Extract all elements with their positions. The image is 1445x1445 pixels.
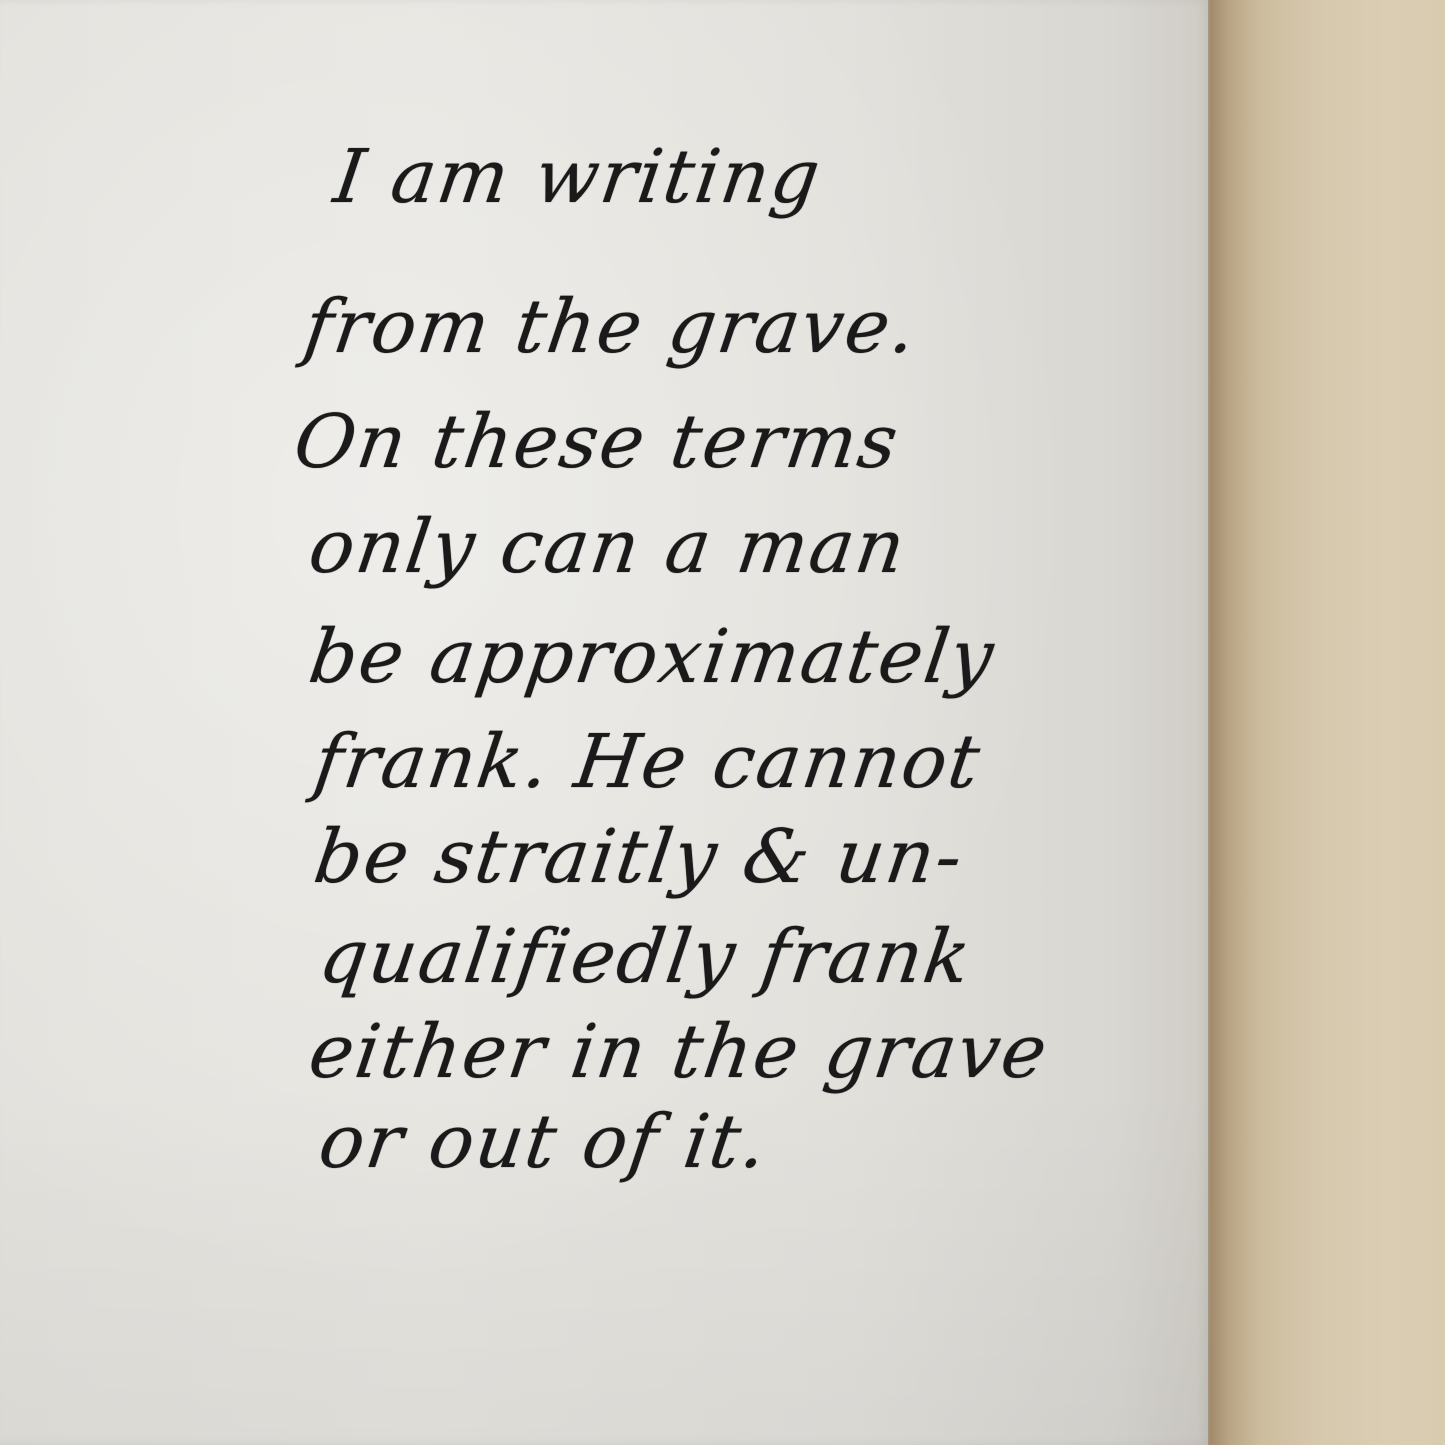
handwriting-line-9: either in the grave bbox=[305, 1015, 1053, 1089]
handwriting-line-3: On these terms bbox=[290, 405, 904, 479]
handwritten-note: I am writing from the grave. On these te… bbox=[290, 130, 1090, 1240]
handwriting-line-8: qualifiedly frank bbox=[315, 920, 976, 994]
handwriting-line-6: frank. He cannot bbox=[310, 725, 986, 799]
handwriting-line-2: from the grave. bbox=[300, 290, 922, 364]
book-gutter-facing-page bbox=[1210, 0, 1445, 1445]
handwriting-line-5: be approximately bbox=[305, 620, 1000, 694]
handwriting-line-4: only can a man bbox=[305, 510, 911, 584]
book-page: I am writing from the grave. On these te… bbox=[0, 0, 1210, 1445]
handwriting-line-1: I am writing bbox=[330, 140, 826, 214]
handwriting-line-7: be straitly & un- bbox=[310, 820, 968, 894]
handwriting-line-10: or out of it. bbox=[315, 1105, 773, 1179]
